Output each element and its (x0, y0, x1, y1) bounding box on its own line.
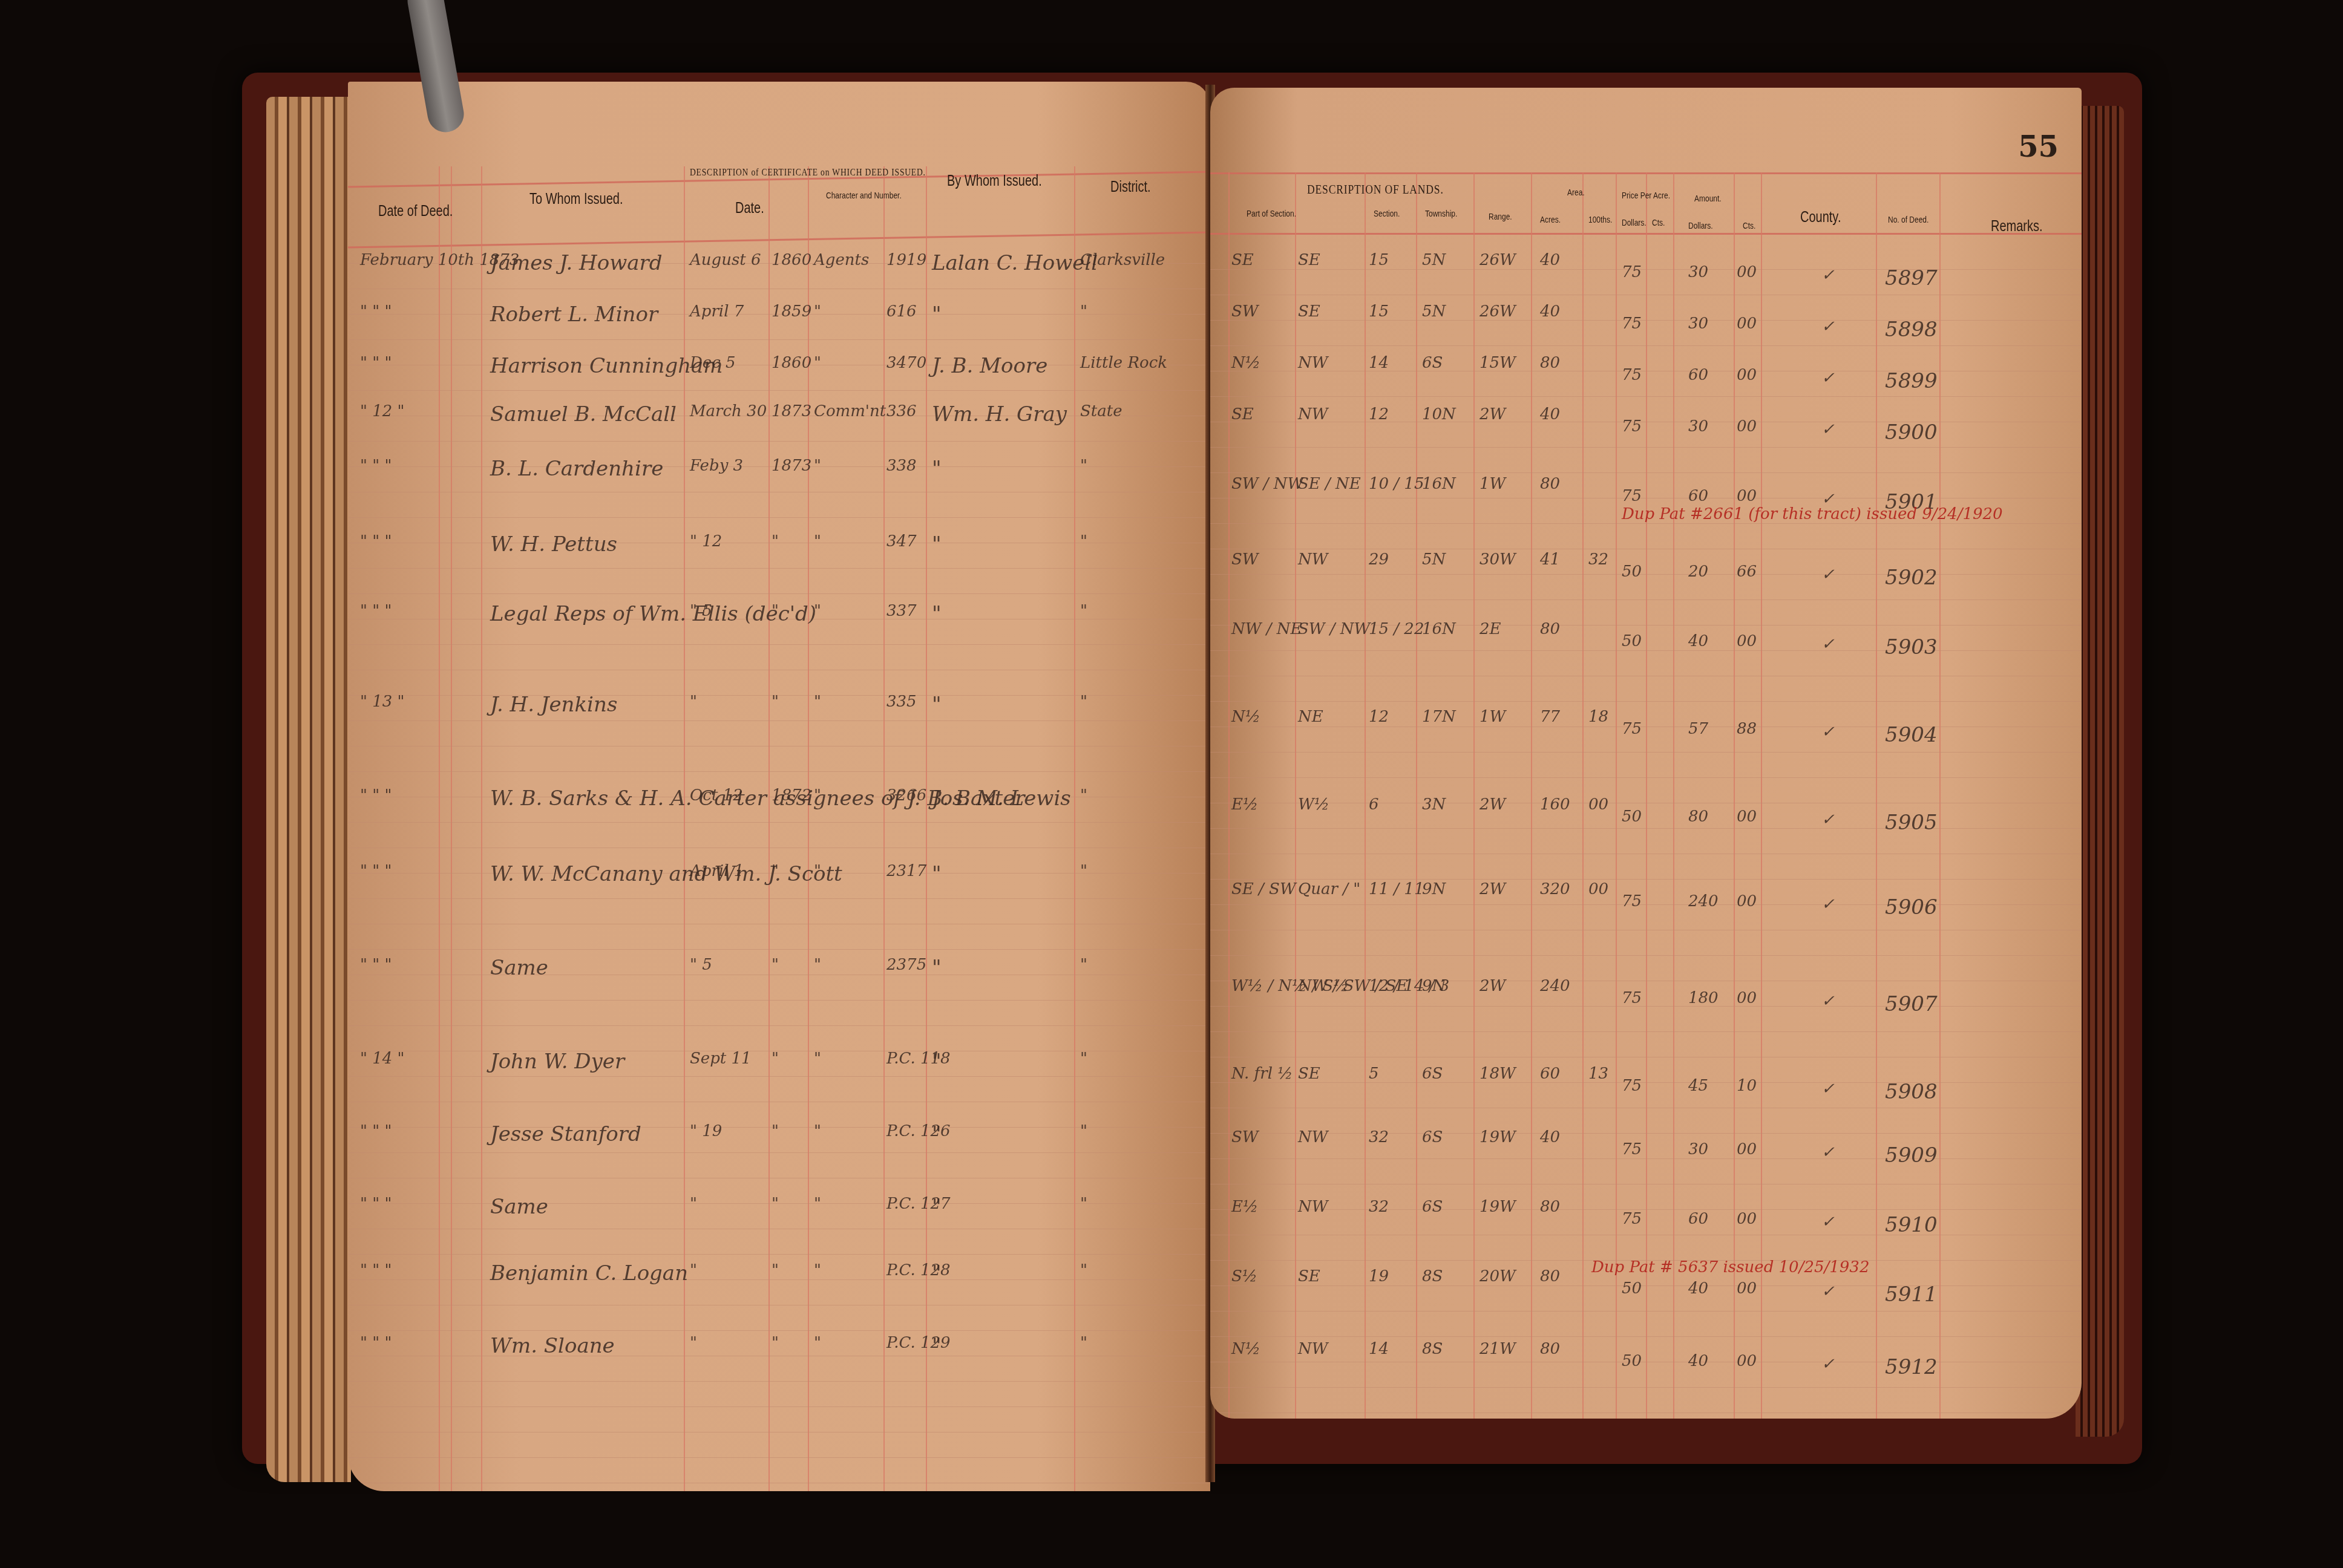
certificate-character: " (814, 1195, 821, 1213)
grantee-name: John W. Dyer (490, 1050, 624, 1074)
part-of-section-2: SE (1298, 1267, 1320, 1285)
deed-number: 5908 (1885, 1080, 1938, 1104)
price-per-acre: 50 (1622, 632, 1642, 650)
amount-dollars: 30 (1688, 1140, 1708, 1158)
amount-cents: 00 (1737, 892, 1757, 910)
range: 30W (1480, 550, 1516, 569)
section: 11 / 11 (1369, 880, 1424, 898)
township: 8S (1422, 1340, 1443, 1358)
deed-date: " " " (360, 1334, 392, 1352)
township: 16N (1422, 475, 1456, 493)
ruled-line (1210, 803, 2082, 803)
district: " (1080, 956, 1087, 974)
part-of-section-1: SW (1231, 302, 1259, 321)
district: " (1080, 1195, 1087, 1213)
section: 32 (1369, 1128, 1389, 1146)
acres: 80 (1540, 475, 1560, 493)
certificate-character: " (814, 1261, 821, 1279)
county-check: ✓ (1821, 369, 1835, 387)
county-check: ✓ (1821, 1213, 1835, 1231)
price-per-acre: 50 (1622, 808, 1642, 826)
certificate-character: " (814, 354, 821, 372)
acres-hundredths: 00 (1588, 795, 1608, 814)
acres-hundredths: 32 (1588, 550, 1608, 569)
acres: 320 (1540, 880, 1570, 898)
ruled-line (348, 1406, 1210, 1407)
price-per-acre: 75 (1622, 892, 1642, 910)
header-amount: Amount. (1694, 194, 1722, 204)
deed-date: " " " (360, 457, 392, 475)
certificate-date: " (690, 1261, 697, 1279)
header-price-per-acre: Price Per Acre. (1622, 191, 1670, 201)
amount-dollars: 30 (1688, 315, 1708, 333)
ruled-line (1210, 828, 2082, 829)
part-of-section-1: N. frl ½ (1231, 1065, 1293, 1083)
header-to-whom-issued: To Whom Issued. (529, 191, 623, 208)
certificate-date: " 5 (690, 956, 712, 974)
ruled-line (348, 1229, 1210, 1229)
part-of-section-2: NW (1298, 1198, 1328, 1216)
acres: 80 (1540, 354, 1560, 372)
header-price-cents: Cts. (1652, 218, 1665, 228)
district: " (1080, 1334, 1087, 1352)
ruled-line (348, 1457, 1210, 1458)
ruled-line (1210, 1413, 2082, 1413)
county-check: ✓ (1821, 318, 1835, 336)
deed-number: 5903 (1885, 635, 1938, 659)
part-of-section-2: NW (1298, 550, 1328, 569)
issued-by: Jos. M. Lewis (932, 786, 1071, 811)
county-check: ✓ (1821, 1282, 1835, 1301)
part-of-section-2: SW / NW (1298, 620, 1370, 638)
left-page: Date of Deed. To Whom Issued. DESCRIPTIO… (348, 82, 1210, 1491)
part-of-section-2: NW (1298, 354, 1328, 372)
certificate-year: " (772, 602, 779, 620)
grantee-name: Wm. Sloane (490, 1334, 615, 1358)
part-of-section-1: NW / NE (1231, 620, 1302, 638)
deed-number: 5902 (1885, 566, 1938, 590)
grantee-name: B. L. Cardenhire (490, 457, 663, 481)
acres-hundredths: 13 (1588, 1065, 1608, 1083)
ruled-line (1210, 295, 2082, 295)
township: 9N (1422, 977, 1446, 995)
ruled-line (1210, 879, 2082, 880)
ruled-line (348, 1356, 1210, 1356)
ruled-line (348, 1330, 1210, 1331)
acres: 40 (1540, 251, 1560, 269)
deed-number: 5900 (1885, 420, 1938, 445)
ruled-line (348, 644, 1210, 645)
township: 6S (1422, 1065, 1443, 1083)
amount-dollars: 60 (1688, 1210, 1708, 1228)
issued-by: " (932, 1334, 942, 1358)
section: 6 (1369, 795, 1379, 814)
ruled-line (1210, 955, 2082, 956)
amount-dollars: 40 (1688, 1352, 1708, 1370)
part-of-section-1: E½ (1231, 1198, 1258, 1216)
grantee-name: W. W. McCanany and Wm. J. Scott (490, 862, 842, 886)
amount-dollars: 80 (1688, 808, 1708, 826)
acres: 40 (1540, 405, 1560, 423)
deed-number: 5912 (1885, 1355, 1938, 1379)
part-of-section-2: SE / NE (1298, 475, 1361, 493)
deed-number: 5897 (1885, 266, 1938, 290)
ruled-line (1210, 320, 2082, 321)
county-check: ✓ (1821, 992, 1835, 1010)
part-of-section-2: NW (1298, 1340, 1328, 1358)
ruled-line (348, 1025, 1210, 1026)
ruled-line (1210, 1336, 2082, 1337)
grantee-name: Same (490, 956, 548, 980)
section: 14 (1369, 1340, 1389, 1358)
amount-cents: 00 (1737, 808, 1757, 826)
certificate-character: " (814, 786, 821, 805)
issued-by: J. B. Moore (932, 354, 1047, 378)
part-of-section-1: SE (1231, 405, 1254, 423)
certificate-date: Dec 5 (690, 354, 736, 372)
ruled-line (348, 289, 1210, 289)
ruled-line (1210, 752, 2082, 753)
ruled-line (348, 1483, 1210, 1483)
part-of-section-1: SW (1231, 550, 1259, 569)
issued-by: Wm. H. Gray (932, 402, 1067, 426)
issued-by: " (932, 532, 942, 557)
range: 1W (1480, 475, 1506, 493)
amount-cents: 00 (1737, 366, 1757, 384)
ruled-line (1210, 498, 2082, 498)
section: 14 (1369, 354, 1389, 372)
township: 6S (1422, 1128, 1443, 1146)
header-price-dollars: Dollars. (1622, 218, 1647, 228)
part-of-section-1: N½ (1231, 708, 1260, 726)
ruled-line (348, 1000, 1210, 1001)
certificate-date: Feby 3 (690, 457, 743, 475)
ruled-line (348, 670, 1210, 670)
acres: 40 (1540, 302, 1560, 321)
range: 1W (1480, 708, 1506, 726)
amount-cents: 00 (1737, 417, 1757, 436)
ruled-line (1210, 1311, 2082, 1312)
certificate-year: 1860 (772, 251, 811, 269)
ruled-line (1210, 1133, 2082, 1134)
certificate-year: " (772, 1122, 779, 1140)
range: 26W (1480, 251, 1516, 269)
acres: 40 (1540, 1128, 1560, 1146)
price-per-acre: 75 (1622, 487, 1642, 505)
certificate-number: 2375 (886, 956, 926, 974)
ruled-line (348, 1279, 1210, 1280)
deed-date: " " " (360, 786, 392, 805)
issued-by: Lalan C. Howell (932, 251, 1098, 275)
county-check: ✓ (1821, 895, 1835, 913)
acres: 80 (1540, 1340, 1560, 1358)
ruled-line (1210, 727, 2082, 727)
grantee-name: Same (490, 1195, 548, 1219)
district: " (1080, 1261, 1087, 1279)
ruled-line (1210, 269, 2082, 270)
township: 10N (1422, 405, 1456, 423)
price-per-acre: 50 (1622, 1279, 1642, 1298)
district: " (1080, 1050, 1087, 1068)
certificate-character: " (814, 1122, 821, 1140)
ruled-line (1210, 549, 2082, 549)
deed-number: 5905 (1885, 811, 1938, 835)
ruled-line (1210, 345, 2082, 346)
ruled-line (348, 746, 1210, 746)
right-page: 55 DESCRIPTION OF LANDS. Part of Section… (1210, 88, 2082, 1419)
certificate-year: " (772, 956, 779, 974)
certificate-number: 3470 (886, 354, 926, 372)
certificate-number: 616 (886, 302, 917, 321)
header-100ths: 100ths. (1588, 215, 1612, 225)
county-check: ✓ (1821, 1080, 1835, 1098)
certificate-number: 336 (886, 402, 917, 420)
grantee-name: Legal Reps of Wm. Ellis (dec'd) (490, 602, 816, 626)
certificate-year: " (772, 532, 779, 550)
range: 18W (1480, 1065, 1516, 1083)
deed-date: " 12 " (360, 402, 405, 420)
ruled-line (1210, 1006, 2082, 1007)
header-part-of-section: Part of Section. (1247, 209, 1296, 219)
ruled-line (1210, 1387, 2082, 1388)
amount-dollars: 180 (1688, 989, 1719, 1007)
ruled-line (348, 517, 1210, 518)
deed-number: 5909 (1885, 1143, 1938, 1168)
certificate-date: March 30 (690, 402, 767, 420)
certificate-number: 337 (886, 602, 917, 620)
certificate-year: " (772, 693, 779, 711)
amount-dollars: 30 (1688, 263, 1708, 281)
header-cert-date: Date. (735, 200, 764, 217)
ruled-line (348, 924, 1210, 924)
amount-cents: 00 (1737, 1352, 1757, 1370)
section: 15 / 22 (1369, 620, 1424, 638)
acres: 80 (1540, 1267, 1560, 1285)
acres-hundredths: 00 (1588, 880, 1608, 898)
ruled-line (348, 720, 1210, 721)
header-amount-cents: Cts. (1743, 221, 1755, 231)
county-check: ✓ (1821, 635, 1835, 653)
certificate-year: 1873 (772, 457, 811, 475)
certificate-character: " (814, 302, 821, 321)
certificate-date: August 6 (690, 251, 761, 269)
deed-date: " 13 " (360, 693, 405, 711)
ruled-line (1210, 1362, 2082, 1362)
ruled-line (1210, 1285, 2082, 1286)
township: 6S (1422, 354, 1443, 372)
range: 2W (1480, 977, 1506, 995)
ruled-line (348, 1076, 1210, 1077)
issued-by: " (932, 1122, 942, 1146)
header-character-number: Character and Number. (826, 191, 902, 201)
ruled-line (1210, 701, 2082, 702)
price-per-acre: 75 (1622, 263, 1642, 281)
ruled-line (348, 1152, 1210, 1153)
amount-dollars: 20 (1688, 563, 1708, 581)
grantee-name: Robert L. Minor (490, 302, 658, 327)
certificate-year: " (772, 1261, 779, 1279)
amount-cents: 00 (1737, 1279, 1757, 1298)
deed-number: 5911 (1885, 1282, 1938, 1307)
certificate-year: " (772, 1050, 779, 1068)
range: 2E (1480, 620, 1501, 638)
remark-duplicate-patent-1932: Dup Pat # 5637 issued 10/25/1932 (1591, 1258, 1869, 1276)
certificate-date: " 19 (690, 1122, 722, 1140)
amount-cents: 00 (1737, 263, 1757, 281)
certificate-year: 1873 (772, 402, 811, 420)
certificate-number: 338 (886, 457, 917, 475)
ruled-line (348, 1102, 1210, 1102)
amount-cents: 00 (1737, 632, 1757, 650)
price-per-acre: 75 (1622, 989, 1642, 1007)
deed-date: " " " (360, 956, 392, 974)
ruled-line (348, 1254, 1210, 1255)
certificate-date: April 1 (690, 862, 744, 880)
ruled-line (348, 390, 1210, 391)
ruled-line (348, 848, 1210, 848)
issued-by: " (932, 1195, 942, 1219)
header-county: County. (1800, 209, 1841, 226)
township: 6S (1422, 1198, 1443, 1216)
ruled-line (348, 822, 1210, 823)
price-per-acre: 75 (1622, 1210, 1642, 1228)
part-of-section-2: SE (1298, 302, 1320, 321)
township: 8S (1422, 1267, 1443, 1285)
ruled-line (1210, 904, 2082, 905)
part-of-section-1: N½ (1231, 354, 1260, 372)
deed-date: " " " (360, 532, 392, 550)
certificate-year: 1872 (772, 786, 811, 805)
district: " (1080, 302, 1087, 321)
acres: 80 (1540, 620, 1560, 638)
range: 15W (1480, 354, 1516, 372)
district: " (1080, 457, 1087, 475)
township: 5N (1422, 550, 1446, 569)
ruled-line (348, 1381, 1210, 1382)
amount-cents: 00 (1737, 1210, 1757, 1228)
amount-cents: 88 (1737, 720, 1757, 738)
certificate-date: " (690, 1334, 697, 1352)
part-of-section-2: W½ (1298, 795, 1329, 814)
grantee-name: W. H. Pettus (490, 532, 617, 557)
deed-number: 5898 (1885, 318, 1938, 342)
issued-by: " (932, 956, 942, 980)
acres: 160 (1540, 795, 1570, 814)
header-section: Section. (1374, 209, 1400, 219)
certificate-character: " (814, 457, 821, 475)
header-description-of-lands: DESCRIPTION OF LANDS. (1307, 181, 1444, 197)
part-of-section-1: E½ (1231, 795, 1258, 814)
header-by-whom-issued: By Whom Issued. (947, 172, 1042, 190)
range: 2W (1480, 795, 1506, 814)
header-certificate-group: DESCRIPTION of CERTIFICATE on WHICH DEED… (690, 166, 926, 178)
section: 5 (1369, 1065, 1379, 1083)
amount-dollars: 40 (1688, 1279, 1708, 1298)
ruled-line (1210, 930, 2082, 930)
ruled-line (348, 898, 1210, 899)
price-per-acre: 75 (1622, 366, 1642, 384)
certificate-character: " (814, 862, 821, 880)
page-number: 55 (2018, 130, 2059, 164)
township: 3N (1422, 795, 1446, 814)
acres-hundredths: 18 (1588, 708, 1608, 726)
amount-cents: 66 (1737, 563, 1757, 581)
issued-by: " (932, 862, 942, 886)
acres: 80 (1540, 1198, 1560, 1216)
part-of-section-2: SE (1298, 251, 1320, 269)
ruled-line (348, 568, 1210, 569)
header-area: Area. (1567, 188, 1585, 198)
ruled-line (348, 492, 1210, 492)
part-of-section-2: NW (1298, 1128, 1328, 1146)
certificate-year: 1859 (772, 302, 811, 321)
grantee-name: Harrison Cunningham (490, 354, 723, 378)
section: 29 (1369, 550, 1389, 569)
acres: 77 (1540, 708, 1560, 726)
deed-date: " 14 " (360, 1050, 405, 1068)
part-of-section-1: N½ (1231, 1340, 1260, 1358)
certificate-date: " 12 (690, 532, 722, 550)
township: 16N (1422, 620, 1456, 638)
certificate-character: " (814, 602, 821, 620)
part-of-section-1: S½ (1231, 1267, 1257, 1285)
ruled-line (348, 1178, 1210, 1178)
deed-date: " " " (360, 1195, 392, 1213)
issued-by: " (932, 457, 942, 481)
certificate-number: 347 (886, 532, 917, 550)
deed-number: 5904 (1885, 723, 1938, 747)
section: 19 (1369, 1267, 1389, 1285)
amount-dollars: 57 (1688, 720, 1708, 738)
price-per-acre: 75 (1622, 417, 1642, 436)
certificate-date: " (690, 1195, 697, 1213)
ruled-line (348, 339, 1210, 340)
acres: 240 (1540, 977, 1570, 995)
amount-cents: 00 (1737, 1140, 1757, 1158)
ruled-line (1210, 574, 2082, 575)
grantee-name: Benjamin C. Logan (490, 1261, 688, 1285)
amount-dollars: 60 (1688, 487, 1708, 505)
grantee-name: James J. Howard (490, 251, 663, 275)
ruled-line (1210, 472, 2082, 473)
left-page-edges (266, 97, 351, 1482)
price-per-acre: 75 (1622, 315, 1642, 333)
amount-dollars: 30 (1688, 417, 1708, 436)
ruled-line (1210, 1235, 2082, 1235)
district: " (1080, 1122, 1087, 1140)
amount-cents: 00 (1737, 487, 1757, 505)
amount-dollars: 45 (1688, 1077, 1708, 1095)
district: " (1080, 532, 1087, 550)
county-check: ✓ (1821, 1355, 1835, 1373)
price-per-acre: 50 (1622, 1352, 1642, 1370)
range: 20W (1480, 1267, 1516, 1285)
ruled-line (1210, 1108, 2082, 1108)
certificate-number: 335 (886, 693, 917, 711)
ruled-line (1210, 1082, 2082, 1083)
part-of-section-1: SE (1231, 251, 1254, 269)
ruled-line (1210, 1209, 2082, 1210)
ruled-line (348, 1432, 1210, 1432)
county-check: ✓ (1821, 420, 1835, 439)
deed-number: 5906 (1885, 895, 1938, 920)
certificate-number: 2317 (886, 862, 926, 880)
district: Clarksville (1080, 251, 1165, 269)
section: 12 (1369, 405, 1389, 423)
price-per-acre: 75 (1622, 720, 1642, 738)
acres: 60 (1540, 1065, 1560, 1083)
range: 2W (1480, 880, 1506, 898)
